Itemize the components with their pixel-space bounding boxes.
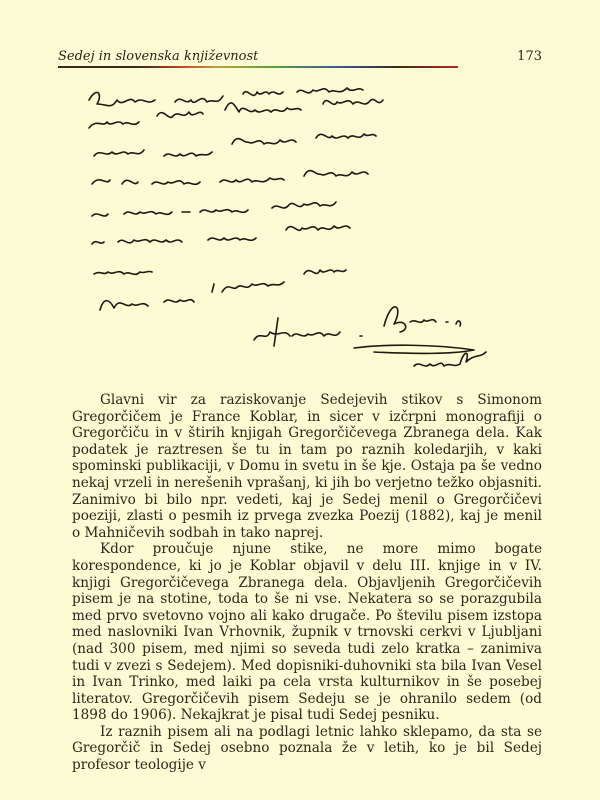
body-text: Glavni vir za raziskovanje Sedejevih sti… — [72, 392, 542, 774]
paragraph: Iz raznih pisem ali na podlagi letnic la… — [72, 724, 542, 774]
handwriting-scribble — [84, 82, 544, 372]
paragraph: Glavni vir za raziskovanje Sedejevih sti… — [72, 392, 542, 541]
paragraph: Kdor proučuje njune stike, ne more mimo … — [72, 541, 542, 724]
page-number: 173 — [517, 49, 542, 64]
running-title: Sedej in slovenska književnost — [58, 49, 258, 64]
header-rule — [58, 66, 458, 68]
handwritten-note — [84, 82, 544, 372]
running-header: Sedej in slovenska književnost 173 — [58, 44, 542, 64]
